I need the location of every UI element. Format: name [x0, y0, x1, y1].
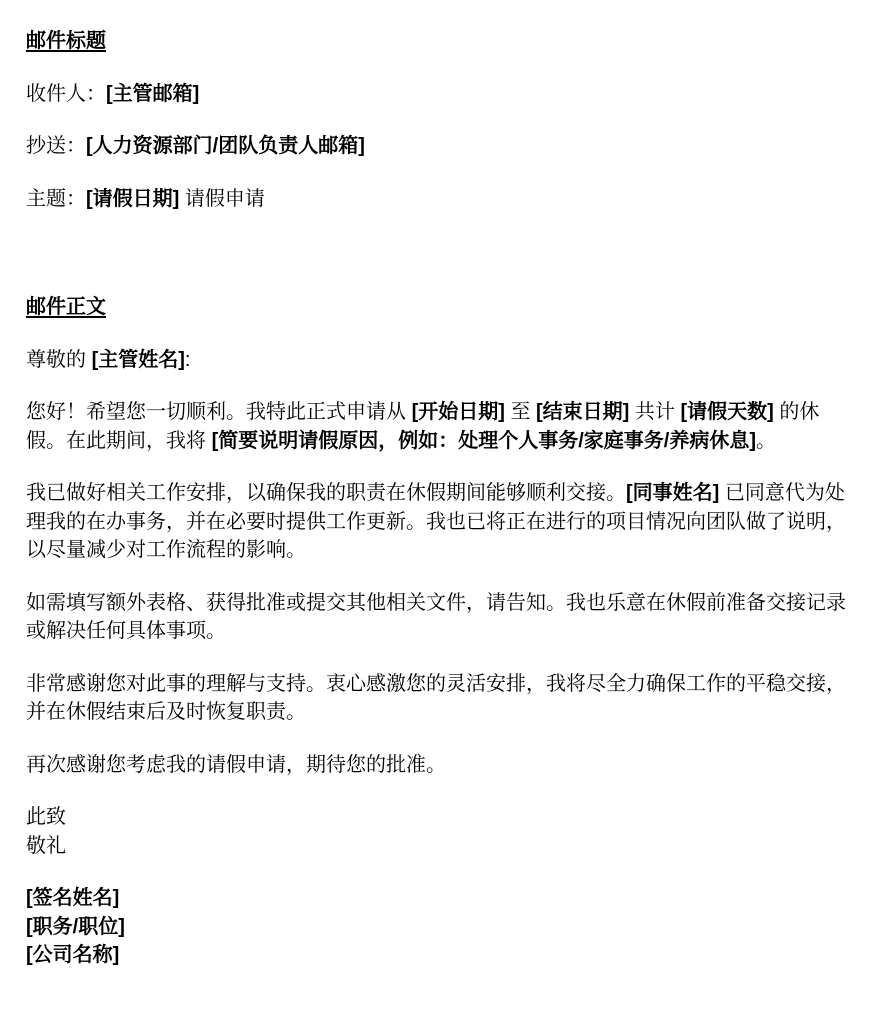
recipient-line: 收件人：[主管邮箱]: [26, 80, 854, 109]
cc-line: 抄送：[人力资源部门/团队负责人邮箱]: [26, 132, 854, 161]
body-paragraph-approval: 再次感谢您考虑我的请假申请，期待您的批准。: [26, 751, 854, 780]
email-title-heading-text: 邮件标题: [26, 30, 106, 52]
body-paragraph-thanks: 非常感谢您对此事的理解与支持。衷心感激您的灵活安排，我将尽全力确保工作的平稳交接…: [26, 670, 854, 727]
closing-salute-lines: 此致 敬礼: [26, 803, 854, 860]
salutation-line: 尊敬的 [主管姓名]:: [26, 346, 854, 375]
body-paragraph-forms: 如需填写额外表格、获得批准或提交其他相关文件，请告知。我也乐意在休假前准备交接记…: [26, 589, 854, 646]
body-paragraph-request: 您好！希望您一切顺利。我特此正式申请从 [开始日期] 至 [结束日期] 共计 […: [26, 398, 854, 455]
email-body-section-heading: 邮件正文: [26, 293, 854, 322]
email-body-heading-text: 邮件正文: [26, 296, 106, 318]
email-title-section-heading: 邮件标题: [26, 27, 854, 56]
signature-block: [签名姓名] [职务/职位] [公司名称]: [26, 884, 854, 970]
body-paragraph-handover: 我已做好相关工作安排，以确保我的职责在休假期间能够顺利交接。[同事姓名] 已同意…: [26, 479, 854, 565]
subject-line: 主题：[请假日期] 请假申请: [26, 185, 854, 214]
leave-request-email-template-document: 邮件标题 收件人：[主管邮箱] 抄送：[人力资源部门/团队负责人邮箱] 主题：[…: [0, 0, 880, 1024]
